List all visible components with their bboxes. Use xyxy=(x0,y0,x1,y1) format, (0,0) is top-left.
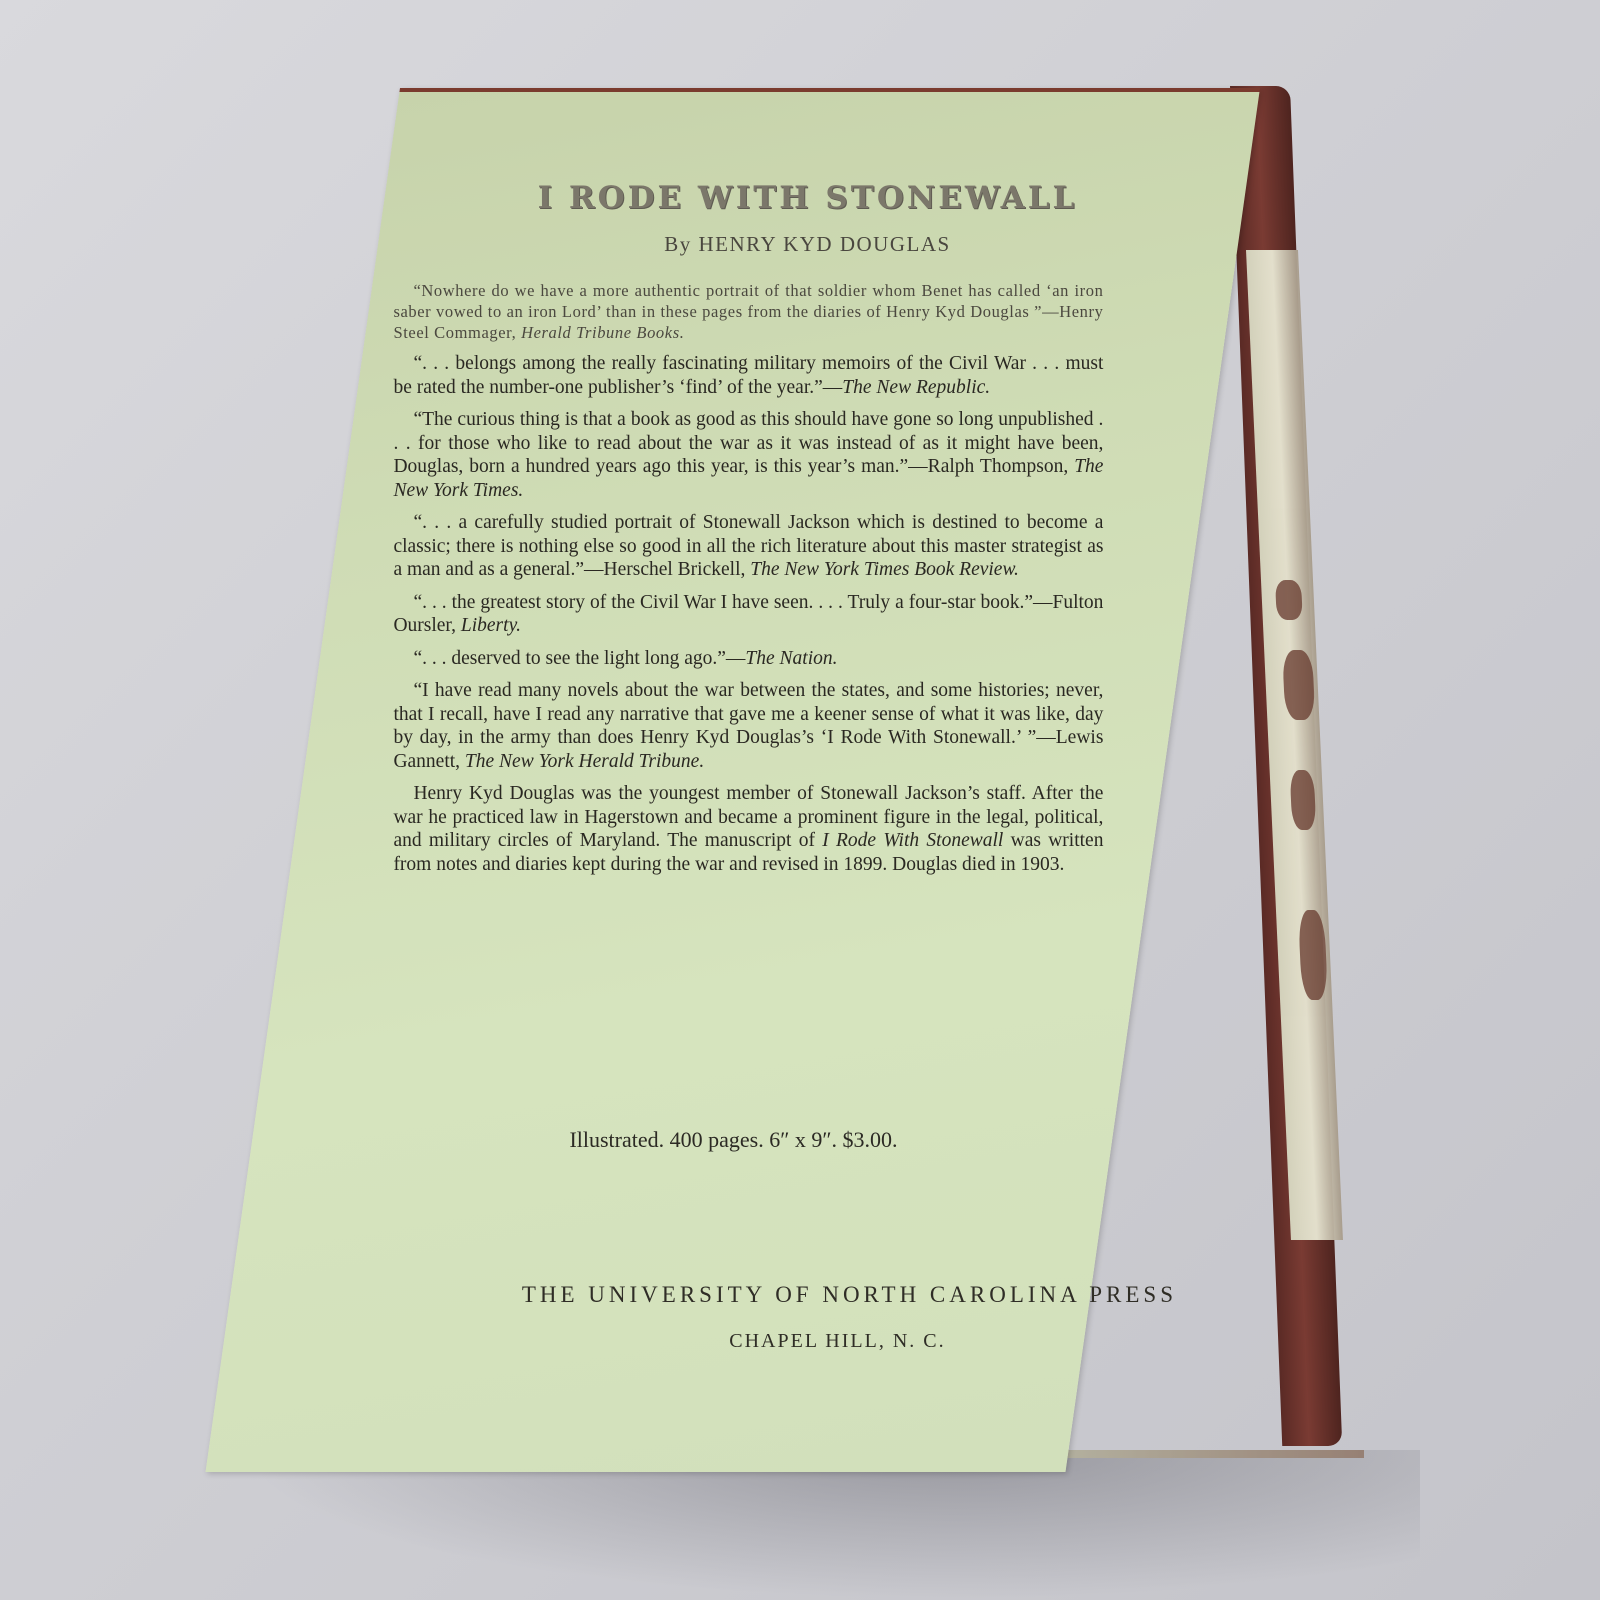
publisher-name: THE UNIVERSITY OF NORTH CAROLINA PRESS xyxy=(389,1282,1309,1308)
review-quotes: “Nowhere do we have a more authentic por… xyxy=(393,280,1103,885)
book-title: I RODE WITH STONEWALL xyxy=(467,180,1147,216)
author-line: By HENRY KYD DOUGLAS xyxy=(467,232,1147,257)
quote-brickell: “. . . a carefully studied portrait of S… xyxy=(393,511,1103,582)
author-bio: Henry Kyd Douglas was the youngest membe… xyxy=(393,782,1103,876)
publisher-location: CHAPEL HILL, N. C. xyxy=(377,1330,1297,1353)
quote-oursler: “. . . the greatest story of the Civil W… xyxy=(393,591,1103,638)
quote-nation: “. . . deserved to see the light long ag… xyxy=(393,647,1103,671)
quote-thompson: “The curious thing is that a book as goo… xyxy=(393,408,1103,502)
book-shadow xyxy=(240,1450,1420,1600)
quote-new-republic: “. . . belongs among the really fascinat… xyxy=(393,352,1103,399)
quote-commager: “Nowhere do we have a more authentic por… xyxy=(393,280,1103,343)
dust-jacket-back: I RODE WITH STONEWALL By HENRY KYD DOUGL… xyxy=(205,88,1260,1472)
quote-gannett: “I have read many novels about the war b… xyxy=(393,679,1103,773)
book-details: Illustrated. 400 pages. 6″ x 9″. $3.00. xyxy=(569,1127,1069,1153)
